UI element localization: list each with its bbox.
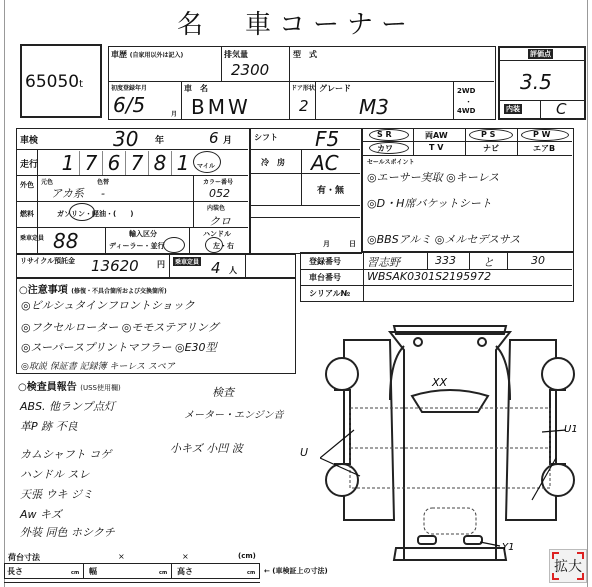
diagram-mark-right: U1 [564,424,578,435]
mileage-unit-circle [193,151,221,173]
inspector-note-right-2: メーター・エンジン音 [184,406,284,421]
reg-kana: と [483,254,494,270]
inspector-note-2: 革P 跡 不良 [20,418,78,434]
registration-table: 登録番号 車台番号 シリアル№ 習志野 333 と 30 WBSAK0301S2… [300,252,574,302]
shaken-month: 6 [209,129,219,147]
inspector-note-right-1: 検査 [212,384,234,400]
enlarge-button[interactable]: 拡大 [549,549,587,583]
inspector-note-3: カムシャフト コゲ [20,446,111,462]
reg-class: 333 [435,254,456,267]
car-name-label: 車 名 [184,83,208,94]
car-name-value: BMW [191,95,251,119]
caution-2: ◎フクセルローター ◎モモステアリング [21,319,218,335]
inspector-note-5: 天張 ウキ ジミ [20,486,93,502]
owners-value: 4 [211,259,221,277]
type-label: 型 式 [293,49,317,60]
shaken-label: 車検 [20,133,38,146]
color-number-value: 052 [209,187,230,200]
caution-4: ◎取説 保証書 記録簿 キーレス スペア [21,359,175,372]
sheet-title: 名 車コーナー [0,4,592,41]
interior-color-value: クロ [209,213,231,229]
doors-label: ドア形状 [291,83,315,92]
reg-area: 習志野 [367,254,400,270]
score-value: 3.5 [520,70,552,94]
car-damage-diagram: XX U1 Y1 [320,320,580,570]
score-label: 評価点 [528,49,553,59]
first-reg-label: 初度登録年月 [111,83,147,92]
sales-point-3: ◎BBSアルミ ◎メルセデスサス [367,231,520,247]
equip-airbag: エアB [533,143,555,154]
caution-3: ◎スーパースプリントマフラー ◎E30型 [21,339,217,355]
recycle-row: リサイクル預託金 13620 円 乗車定員 4 人 [16,254,296,278]
shift-value: F5 [315,127,339,151]
vehicle-info-table: 車歴 (自家用以外は記入) 排気量 2300 型 式 初度登録年月 6/5 月 … [108,46,496,120]
fuel-selected-circle [69,203,95,221]
doors-value: 2 [299,97,309,115]
inspector-note-7: 外装 同色 ホシクチ [20,524,115,540]
reg-number: 30 [531,254,545,267]
diagram-mark-rear: Y1 [502,542,514,553]
lot-number: 65050t [25,72,83,92]
capacity-value: 88 [53,229,78,253]
score-box: 評価点 3.5 内装 C [498,46,586,120]
corner-icon [552,552,559,559]
sales-points-label: セールスポイント [367,157,414,166]
first-reg-value: 6/5 [113,93,145,117]
inspector-note-6: Aw キズ [20,506,62,522]
cargo-label: 荷台寸法 [8,552,40,563]
equipment-table: S R 両AW P S P W カワ T V ナビ エアB セールスポイント ◎… [362,128,574,252]
equip-tv: T V [429,143,443,152]
interior-value: C [556,100,566,118]
caution-1: ◎ビルシュタインフロントショック [21,297,195,313]
sales-point-1: ◎エーサー実取 ◎キーレス [367,169,499,185]
import-options: ディーラー・並行 [109,241,164,251]
interior-label: 内装 [504,104,522,114]
equip-aw: 両AW [425,130,448,141]
shift-ac-table: シフト F5 冷 房 AC 有・無 月 日 [250,128,362,254]
grade-label: グレード [319,83,351,94]
ac-value: AC [311,151,339,175]
shaken-year: 30 [113,127,138,151]
cert-note: ← (車検証上の寸法) [264,566,328,576]
cargo-dimensions: 長さ cm 幅 cm 高さ cm [4,563,260,579]
displacement-value: 2300 [231,61,269,79]
corner-icon [577,573,584,580]
diagram-mark-roof: XX [431,376,448,389]
original-color-value: アカ系 [51,185,84,201]
inspector-note-4: ハンドル スレ [20,466,90,482]
equip-navi: ナビ [483,143,499,154]
cautions-label: ○注意事項 (修復・不具合箇所および交換箇所) [19,281,167,296]
model-code-label: 車歴 (自家用以外は記入) [111,49,183,60]
displacement-label: 排気量 [224,49,248,60]
recycle-value: 13620 [91,257,139,275]
mileage-digits: 1 7 6 7 8 1 [57,151,194,175]
inspector-note-1: ABS. 他ランプ点灯 [20,398,115,414]
mileage-label: 走行 [20,157,38,170]
details-table: 車検 30 年 6 月 走行 1 7 6 7 8 1 マイル 外色 元色 色替 … [16,128,250,254]
corner-icon [552,573,559,580]
lot-number-box: 65050t [20,44,102,118]
corner-icon [577,552,584,559]
inspector-note-right-3: 小キズ 小凹 波 [170,440,243,456]
sales-point-2: ◎D・H席バケットシート [367,195,492,211]
cautions-box: ○注意事項 (修復・不具合箇所および交換箇所) ◎ビルシュタインフロントショック… [16,278,296,374]
inspector-report-label: ○検査員報告 (USS使用欄) [18,378,121,393]
grade-value: M3 [359,95,389,119]
chassis-value: WBSAK0301S2195972 [367,270,491,283]
